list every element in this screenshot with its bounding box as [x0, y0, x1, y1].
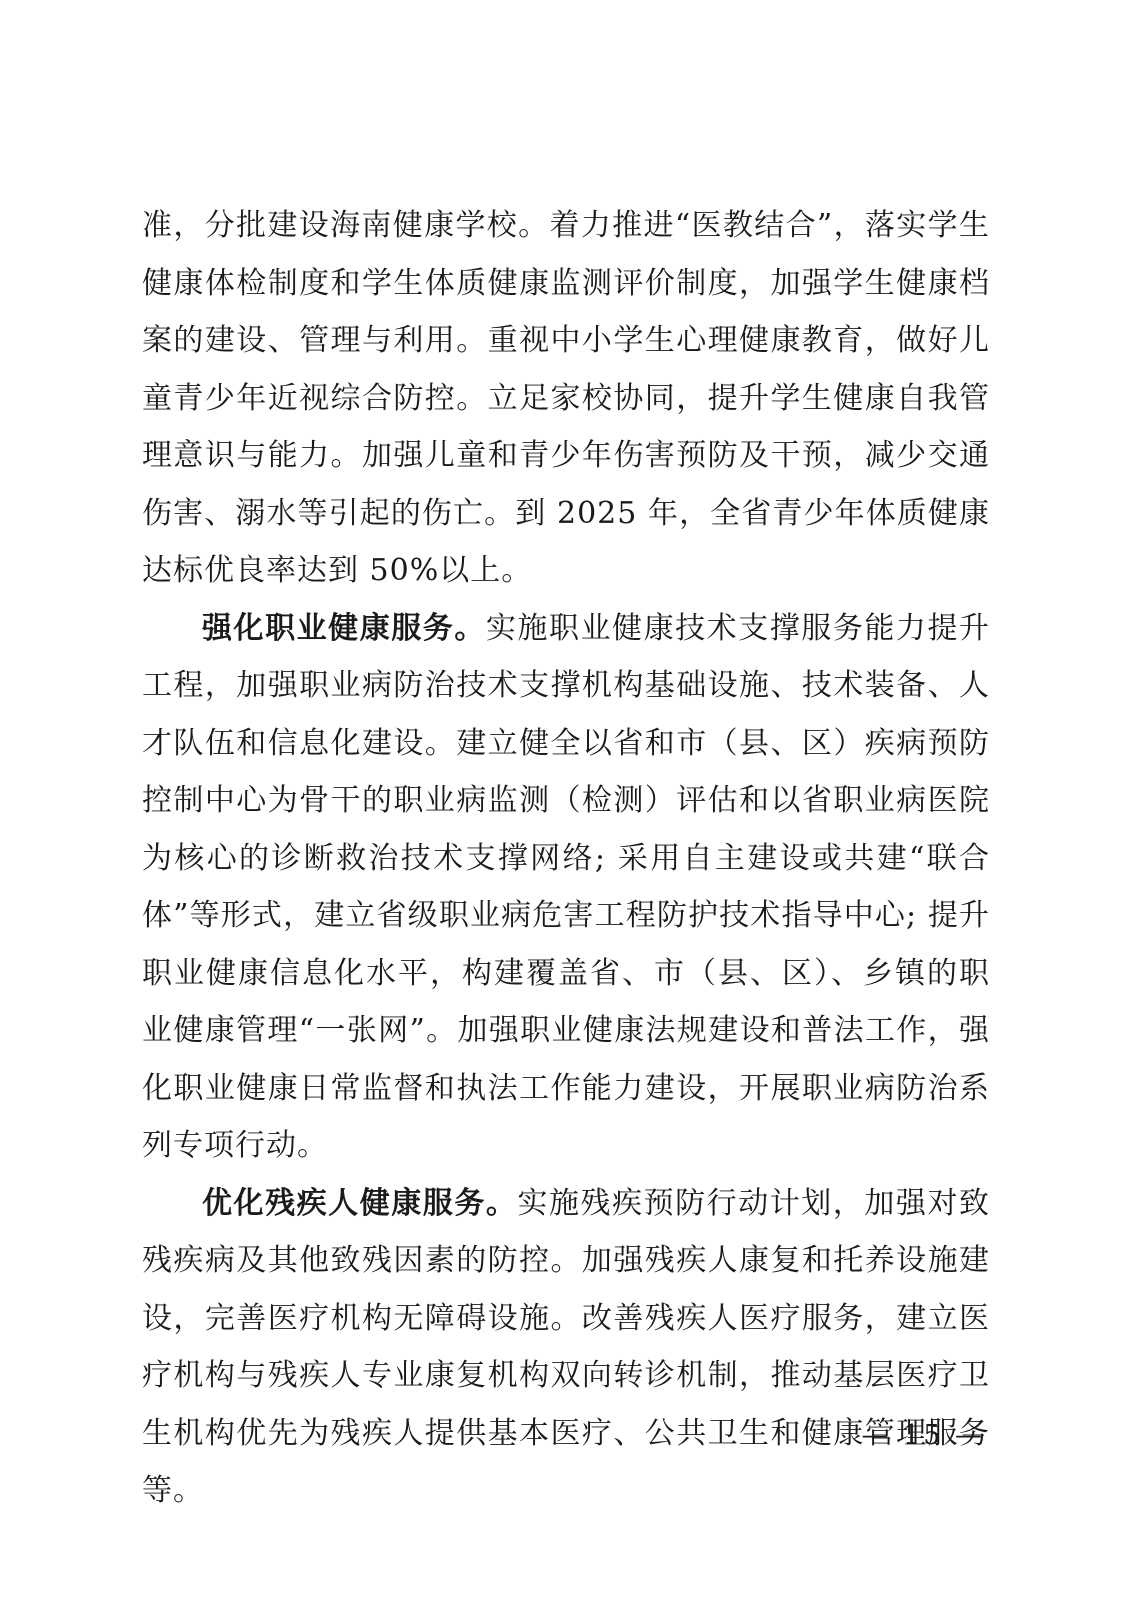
paragraph-occupational-health: 强化职业健康服务。实施职业健康技术支撑服务能力提升工程，加强职业病防治技术支撑机…: [142, 600, 990, 1175]
paragraph-bold-lead: 强化职业健康服务。: [202, 611, 486, 646]
paragraph-bold-lead: 优化残疾人健康服务。: [202, 1186, 517, 1221]
paragraph-text: 实施残疾预防行动计划，加强对致残疾病及其他致残因素的防控。加强残疾人康复和托养设…: [142, 1186, 990, 1509]
paragraph-school-health: 准，分批建设海南健康学校。着力推进“医教结合”，落实学生健康体检制度和学生体质健…: [142, 197, 990, 600]
document-body: 准，分批建设海南健康学校。着力推进“医教结合”，落实学生健康体检制度和学生体质健…: [142, 197, 990, 1520]
paragraph-disabled-health: 优化残疾人健康服务。实施残疾预防行动计划，加强对致残疾病及其他致残因素的防控。加…: [142, 1175, 990, 1520]
paragraph-text: 准，分批建设海南健康学校。着力推进“医教结合”，落实学生健康体检制度和学生体质健…: [142, 208, 990, 588]
paragraph-text: 实施职业健康技术支撑服务能力提升工程，加强职业病防治技术支撑机构基础设施、技术装…: [142, 611, 990, 1164]
page-number: — 15 —: [861, 1418, 985, 1454]
